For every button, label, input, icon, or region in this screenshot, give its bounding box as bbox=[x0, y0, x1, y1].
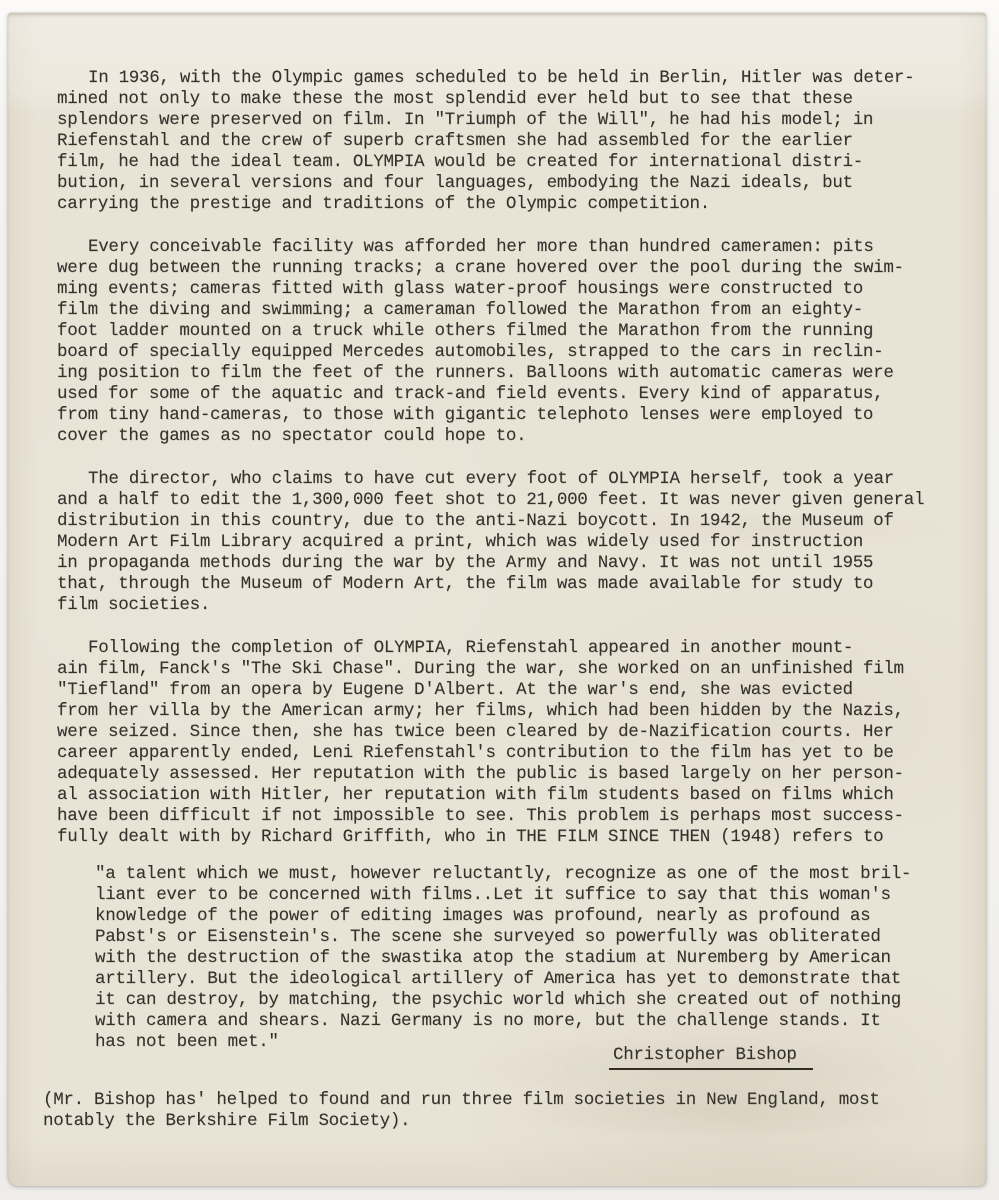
signature-line: Christopher Bishop bbox=[609, 1045, 947, 1066]
author-footnote: (Mr. Bishop has' helped to found and run… bbox=[43, 1090, 947, 1132]
document-page: In 1936, with the Olympic games schedule… bbox=[8, 13, 986, 1186]
signature-name: Christopher Bishop bbox=[609, 1045, 813, 1070]
document-text: In 1936, with the Olympic games schedule… bbox=[57, 68, 947, 1132]
paragraph-postwar: Following the completion of OLYMPIA, Rie… bbox=[57, 638, 947, 848]
paragraph-intro: In 1936, with the Olympic games schedule… bbox=[57, 68, 947, 215]
paragraph-production: Every conceivable facility was afforded … bbox=[57, 237, 947, 447]
paragraph-editing-distribution: The director, who claims to have cut eve… bbox=[57, 469, 947, 616]
scan-background: In 1936, with the Olympic games schedule… bbox=[0, 0, 999, 1200]
griffith-quote-block: "a talent which we must, however relucta… bbox=[95, 864, 947, 1053]
